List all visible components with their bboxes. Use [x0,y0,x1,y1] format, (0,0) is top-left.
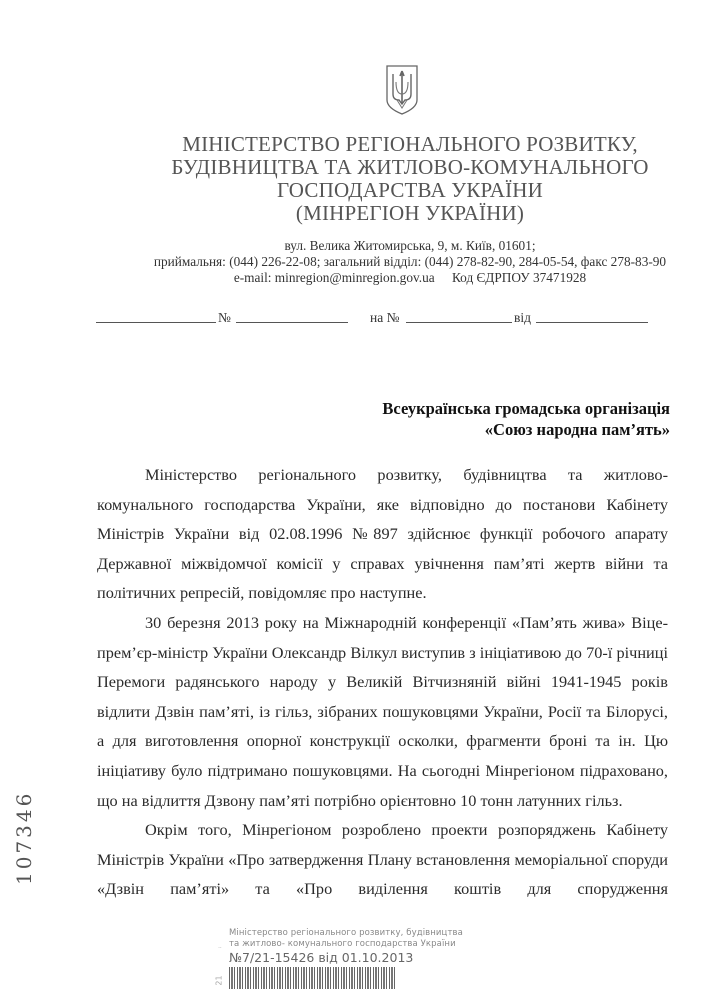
addressee-line: Всеукраїнська громадська організація [382,398,670,419]
number-label: № [218,310,231,326]
reply-number-label: на № [370,310,399,326]
ministry-contacts: вул. Велика Житомирська, 9, м. Київ, 016… [120,238,700,286]
ministry-title-line: (МІНРЕГІОН УКРАЇНИ) [120,202,700,225]
phones: приймальня: (044) 226-22-08; загальний в… [120,254,700,270]
registration-line: № на № від [96,308,656,328]
body-paragraph: Міністерство регіонального розвитку, буд… [97,460,668,608]
email-row: e-mail: minregion@minregion.gov.ua Код Є… [120,270,700,286]
body-paragraph: Окрім того, Мінрегіоном розроблено проек… [97,815,668,904]
email: e-mail: minregion@minregion.gov.ua [234,270,435,286]
reply-date-blank [536,322,648,323]
stamp-line: Міністерство регіонального розвитку, буд… [229,928,489,939]
stamp-line: та житлово- комунального господарства Ук… [229,939,489,950]
stamp-side-mark: ᐧᐧ [218,944,222,952]
stamp-reg-number: №7/21-15426 від 01.10.2013 [229,950,489,965]
ministry-title-line: МІНІСТЕРСТВО РЕГІОНАЛЬНОГО РОЗВИТКУ, [120,133,700,156]
addressee: Всеукраїнська громадська організація «Со… [382,398,670,440]
incoming-registration-stamp: Міністерство регіонального розвитку, буд… [229,928,489,989]
ministry-title-line: ГОСПОДАРСТВА УКРАЇНИ [120,179,700,202]
stamp-side-number: 21 [215,975,224,985]
number-blank [236,322,348,323]
side-registration-number: 107346 [12,791,36,885]
address: вул. Велика Житомирська, 9, м. Київ, 016… [120,238,700,254]
ministry-title: МІНІСТЕРСТВО РЕГІОНАЛЬНОГО РОЗВИТКУ, БУД… [120,133,700,225]
trident-coat-of-arms-icon [385,64,419,116]
barcode [229,967,396,989]
reply-date-label: від [514,310,531,326]
body-paragraph: 30 березня 2013 року на Міжнародній конф… [97,608,668,815]
date-blank [96,322,216,323]
ministry-title-line: БУДІВНИЦТВА ТА ЖИТЛОВО-КОМУНАЛЬНОГО [120,156,700,179]
letter-page: МІНІСТЕРСТВО РЕГІОНАЛЬНОГО РОЗВИТКУ, БУД… [0,0,714,1000]
edrpou-code: Код ЄДРПОУ 37471928 [452,270,586,286]
letter-body: Міністерство регіонального розвитку, буд… [97,460,668,904]
addressee-line: «Союз народна пам’ять» [382,419,670,440]
reply-number-blank [406,322,512,323]
